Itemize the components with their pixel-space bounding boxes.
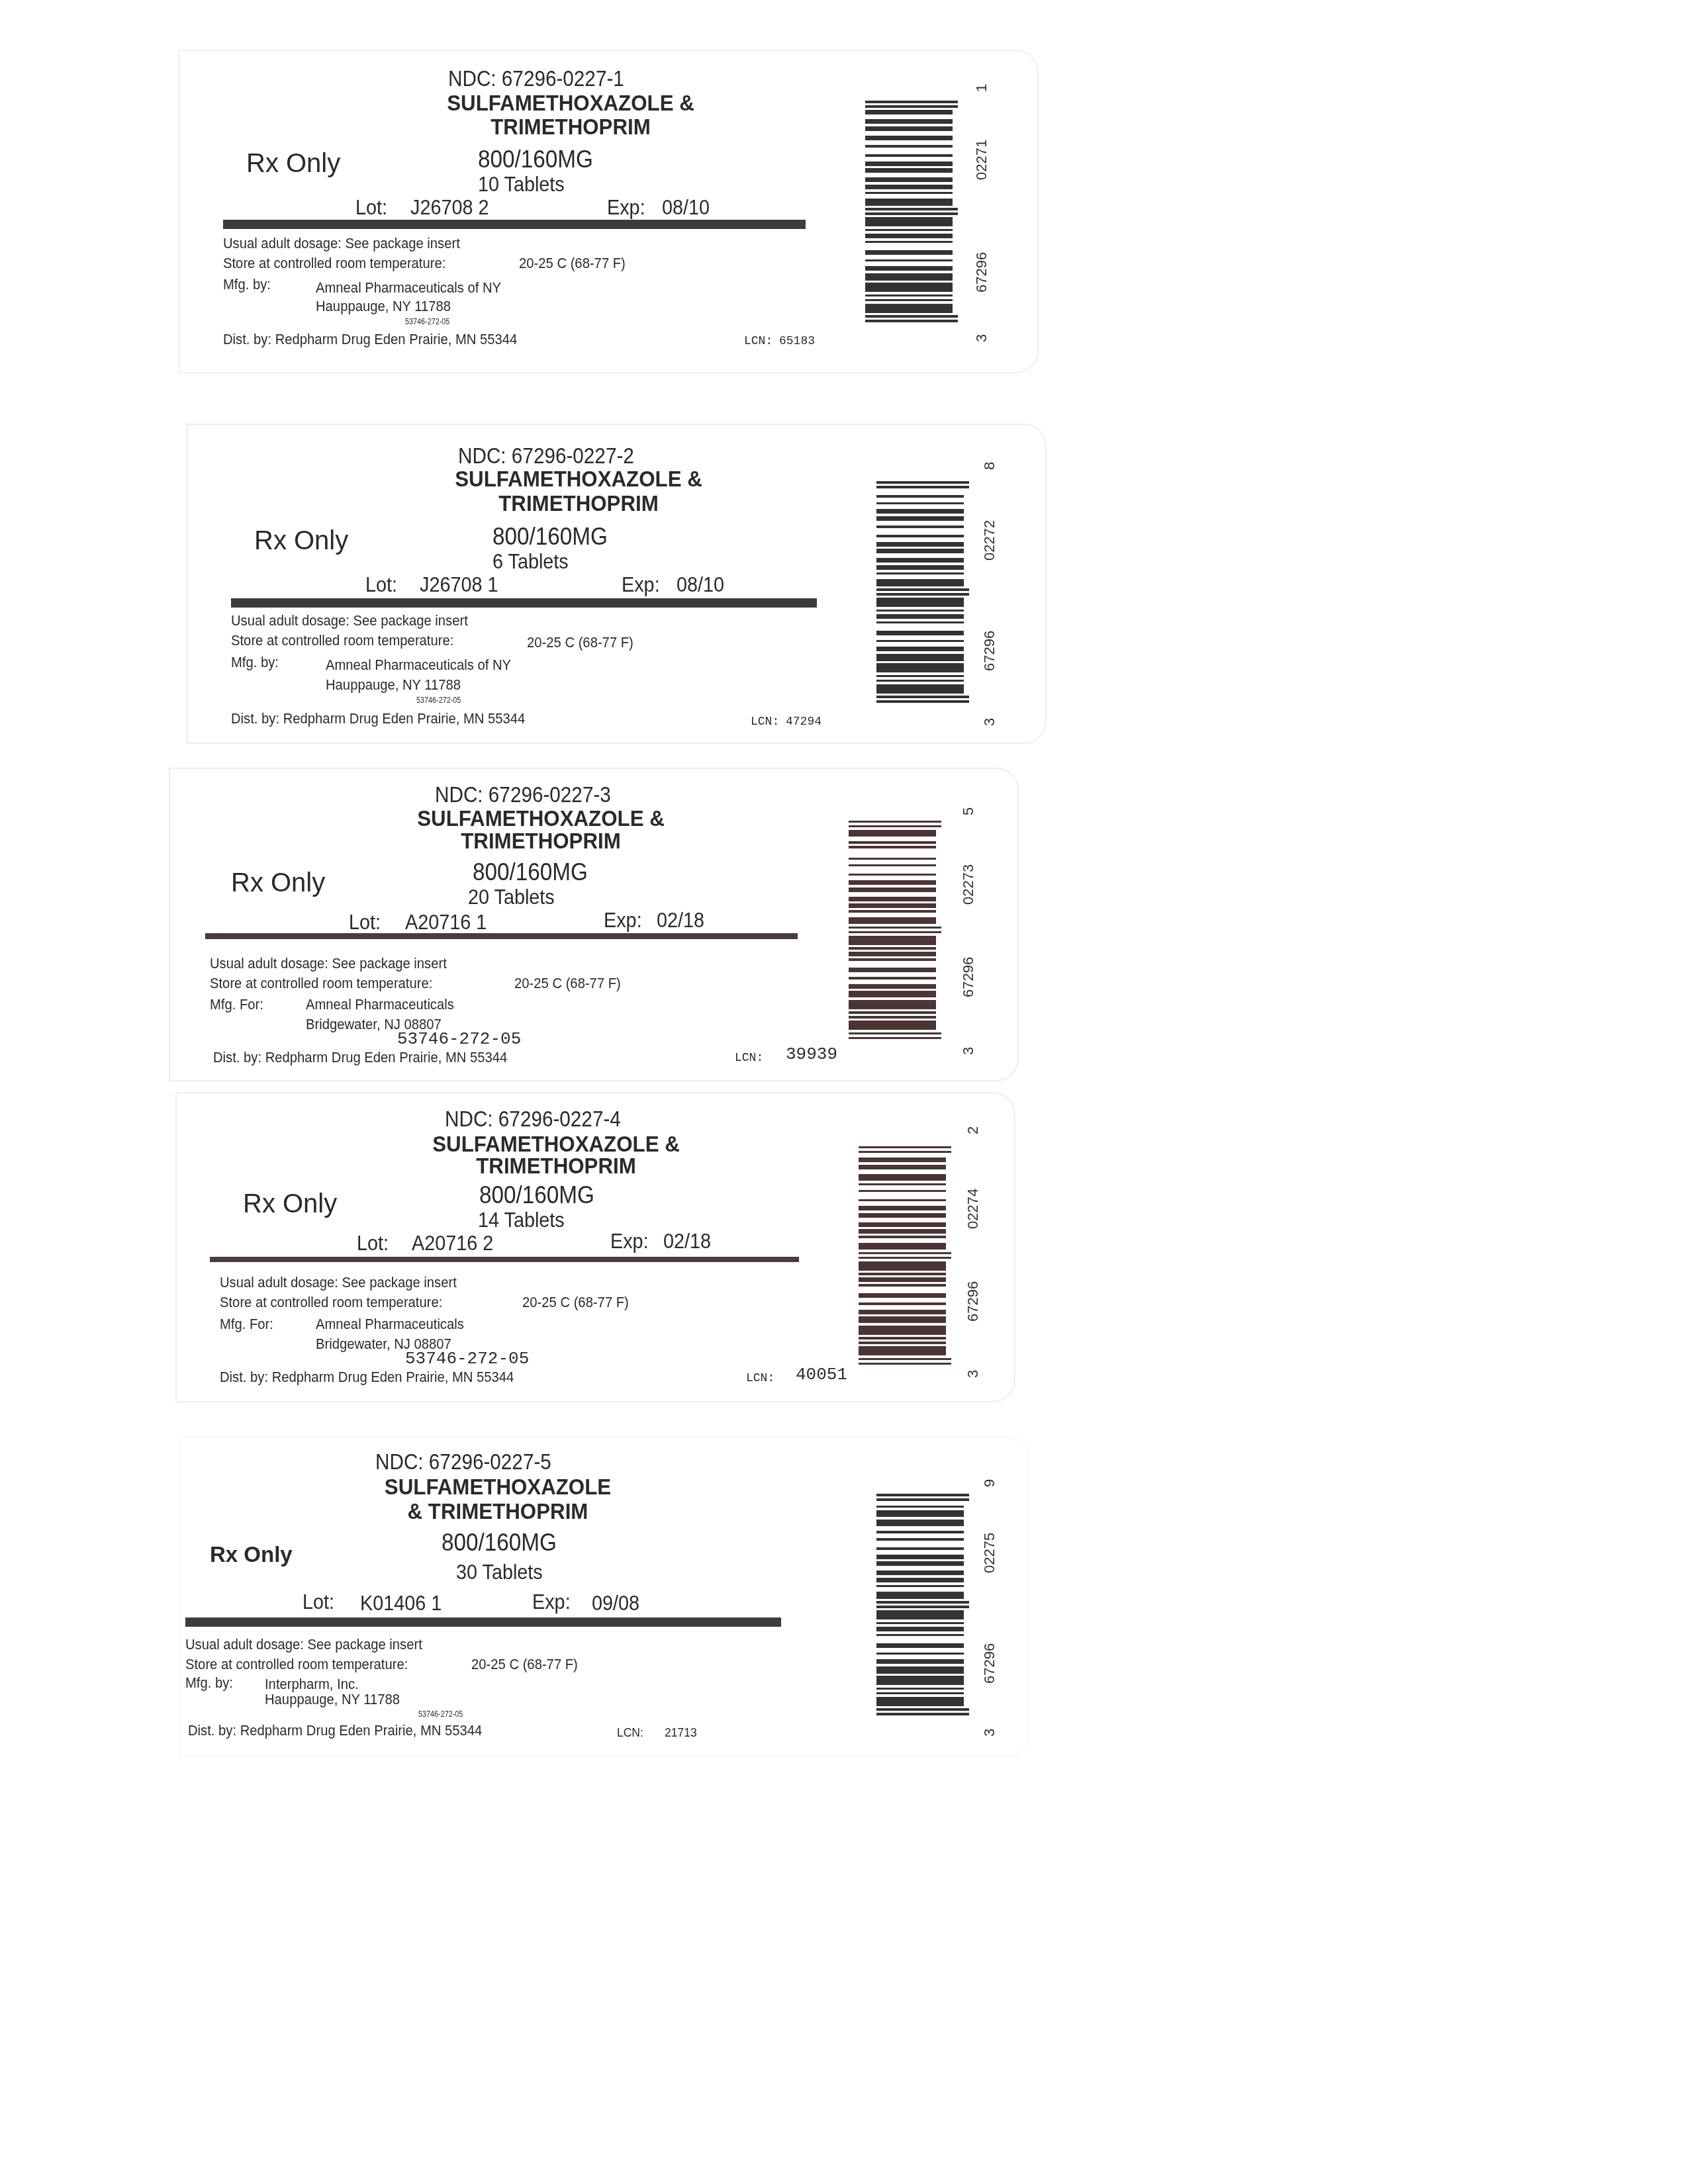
exp-label: Exp: [607,197,645,218]
barcode-stripe [876,1596,964,1599]
barcode-stripe [859,1349,946,1351]
barcode-stripe [849,899,936,901]
mfg-label: Mfg. For: [210,997,263,1012]
upc-digit-first: 3 [960,1047,977,1055]
barcode-stripe [865,308,953,311]
label-3: NDC: 67296-0227-3 SULFAMETHOXAZOLE & TRI… [169,768,1019,1081]
barcode-stripe [849,874,936,876]
barcode-stripe [849,825,941,827]
source-ndc: 53746-272-05 [405,318,449,326]
strength: 800/160MG [473,860,588,884]
barcode-stripe [876,518,964,521]
barcode-stripe [865,212,958,215]
barcode-stripe [865,177,953,180]
barcode-stripe [859,1190,946,1192]
barcode-stripe [865,161,953,164]
barcode-stripe [876,1606,969,1608]
barcode-stripe [859,1222,946,1224]
upc-barcode [876,481,969,703]
barcode-stripe [876,512,964,514]
barcode-stripe [876,1659,964,1662]
divider-bar [185,1617,781,1627]
barcode-stripe [876,621,964,624]
barcode-stripe [849,906,936,908]
barcode-stripe [865,290,953,293]
drug-name-line2: TRIMETHOPRIM [383,830,699,852]
barcode-stripe [865,266,953,269]
barcode-stripe [849,938,936,940]
upc-digit-check: 9 [981,1479,998,1487]
tablet-count: 6 Tablets [492,551,569,572]
barcode-stripe [876,1557,964,1559]
barcode-stripe [865,101,958,103]
strength: 800/160MG [492,524,608,549]
storage-label: Store at controlled room temperature: [210,976,432,991]
barcode-stripe [865,229,953,232]
barcode-stripe [865,275,953,278]
exp-date: 08/10 [677,574,724,595]
barcode-stripe [876,1692,964,1695]
lcn-number: 21713 [665,1727,697,1739]
barcode-stripe [849,1023,936,1025]
barcode-stripe [876,1573,964,1576]
barcode-stripe [876,1713,969,1715]
mfg-label: Mfg. by: [231,655,279,670]
barcode-stripe [865,126,953,129]
lot-label: Lot: [349,911,381,933]
lot-number: A20716 1 [405,911,487,933]
barcode-stripe [865,234,953,236]
barcode-stripe [876,680,964,682]
barcode-stripe [876,542,964,545]
barcode-stripe [865,187,953,189]
barcode-stripe [849,1028,936,1030]
storage-value: 20-25 C (68-77 F) [527,635,633,650]
barcode-stripe [865,138,953,140]
barcode-stripe [865,278,953,281]
barcode-stripe [865,295,953,297]
barcode-stripe [876,1683,964,1686]
barcode-stripe [876,588,969,591]
barcode-stripe [849,887,936,889]
barcode-stripe [859,1261,946,1263]
barcode-stripe [849,954,936,956]
barcode-stripe [876,1668,964,1671]
mfg-label: Mfg. by: [223,277,271,292]
barcode-stripe [859,1321,946,1323]
barcode-stripe [876,1520,964,1522]
barcode-stripe [876,1564,964,1567]
barcode-stripe [849,832,936,834]
barcode-stripe [859,1167,946,1169]
distributor: Dist. by: Redpharm Drug Eden Prairie, MN… [188,1723,482,1738]
barcode-stripe [849,846,936,848]
barcode-stripe [849,830,936,832]
lcn-number: 39939 [786,1046,837,1063]
barcode-stripe [865,208,958,210]
lot-label: Lot: [365,574,397,595]
barcode-stripe [876,1578,964,1580]
barcode-stripe [876,1592,964,1594]
barcode-stripe [849,991,936,993]
barcode-stripe [849,968,936,970]
drug-name-line2: TRIMETHOPRIM [412,116,729,138]
barcode-stripe [876,614,964,617]
exp-label: Exp: [604,909,642,931]
tablet-count: 10 Tablets [478,173,565,195]
barcode-stripe [876,1570,964,1573]
upc-digit-check: 8 [981,462,998,470]
drug-name-line1: SULFAMETHOXAZOLE & [420,468,737,490]
barcode-stripe [876,1498,969,1501]
barcode-stripe [865,203,953,206]
barcode-stripe [876,582,964,584]
barcode-stripe [876,1622,964,1625]
barcode-stripe [859,1257,951,1259]
barcode-stripe [849,903,936,905]
barcode-stripe [849,942,936,944]
lcn-label: LCN: [746,1373,774,1385]
rx-only: Rx Only [210,1543,293,1565]
upc-digits-right: 02274 [964,1189,982,1229]
barcode-stripe [859,1342,946,1343]
barcode-stripe [859,1293,946,1295]
rx-only: Rx Only [254,527,348,554]
barcode-stripe [859,1206,946,1208]
barcode-stripe [876,1662,964,1664]
barcode-stripe [849,1016,936,1018]
barcode-stripe [859,1213,946,1215]
barcode-stripe [865,192,953,195]
barcode-stripe [876,1555,964,1557]
barcode-stripe [849,858,936,860]
barcode-stripe [859,1328,946,1330]
barcode-stripe [865,119,953,122]
upc-digit-first: 3 [981,1729,998,1737]
barcode-stripe [876,1627,964,1629]
storage-value: 20-25 C (68-77 F) [522,1295,629,1310]
rx-only: Rx Only [246,150,340,177]
barcode-stripe [876,1561,964,1564]
barcode-stripe [859,1277,946,1279]
barcode-stripe [876,558,964,561]
lot-label: Lot: [355,197,387,218]
barcode-stripe [876,670,964,673]
strength: 800/160MG [479,1183,594,1207]
drug-name-line2: TRIMETHOPRIM [420,492,737,515]
tablet-count: 30 Tablets [456,1561,543,1582]
barcode-stripe [859,1268,946,1270]
barcode-stripe [849,1002,936,1004]
mfg-name: Amneal Pharmaceuticals [316,1317,464,1332]
barcode-stripe [865,273,953,276]
divider-bar [231,598,817,608]
barcode-stripe [859,1248,946,1250]
mfg-address: Hauppauge, NY 11788 [316,299,451,314]
barcode-stripe [876,617,964,619]
mfg-address: Hauppauge, NY 11788 [265,1692,400,1707]
barcode-stripe [876,691,964,694]
tablet-count: 20 Tablets [468,886,555,907]
strength: 800/160MG [478,147,593,171]
mfg-address: Hauppauge, NY 11788 [326,678,461,692]
barcode-stripe [876,1613,964,1615]
ndc-code: NDC: 67296-0227-2 [458,445,634,467]
barcode-stripe [859,1151,951,1153]
upc-digit-first: 3 [981,718,998,726]
barcode-stripe [865,236,953,239]
ndc-code: NDC: 67296-0227-4 [445,1108,621,1130]
upc-digits-left: 67296 [964,1281,982,1322]
barcode-stripe [849,883,936,885]
barcode-stripe [876,544,964,547]
barcode-stripe [865,269,953,271]
barcode-stripe [859,1165,946,1167]
barcode-stripe [849,1011,936,1013]
barcode-stripe [865,168,953,171]
source-ndc: 53746-272-05 [405,1350,529,1367]
upc-digit-check: 1 [973,84,990,92]
drug-name-line2: TRIMETHOPRIM [398,1155,714,1177]
drug-name-line1: SULFAMETHOXAZOLE & [383,807,699,830]
divider-bar [223,220,806,229]
barcode-stripe [865,252,953,255]
barcode-stripe [876,1653,964,1655]
barcode-stripe [876,495,964,498]
barcode-stripe [876,1680,964,1683]
barcode-stripe [849,940,936,942]
barcode-stripe [865,299,953,302]
barcode-stripe [876,1708,969,1711]
barcode-stripe [849,931,941,933]
barcode-stripe [859,1330,946,1332]
barcode-stripe [876,666,964,668]
barcode-stripe [876,481,969,484]
label-5: NDC: 67296-0227-5 SULFAMETHOXAZOLE & TRI… [179,1436,1029,1756]
barcode-stripe [859,1273,946,1275]
rx-only: Rx Only [231,870,325,896]
dosage-text: Usual adult dosage: See package insert [210,956,447,971]
barcode-stripe [876,633,964,635]
barcode-stripe [876,689,964,692]
divider-bar [205,933,798,939]
exp-label: Exp: [610,1230,649,1251]
dosage-text: Usual adult dosage: See package insert [223,236,460,251]
dosage-text: Usual adult dosage: See package insert [220,1275,457,1290]
barcode-stripe [876,1506,964,1508]
distributor: Dist. by: Redpharm Drug Eden Prairie, MN… [223,332,517,347]
barcode-stripe [876,1512,964,1515]
barcode-stripe [865,285,953,288]
barcode-stripe [859,1346,946,1348]
lcn-number: 65183 [779,336,815,347]
drug-name-line1: SULFAMETHOXAZOLE & [412,92,729,114]
upc-digit-check: 2 [964,1126,982,1134]
drug-name-line1: SULFAMETHOXAZOLE & [398,1133,714,1156]
barcode-stripe [849,919,936,921]
barcode-stripe [876,610,964,612]
barcode-stripe [876,1688,964,1690]
barcode-stripe [876,593,969,596]
divider-bar [210,1257,799,1262]
barcode-stripe [865,287,953,290]
upc-barcode [865,101,958,322]
barcode-stripe [876,1704,964,1706]
barcode-stripe [859,1252,951,1254]
barcode-stripe [849,995,936,997]
barcode-stripe [876,649,964,652]
barcode-stripe [876,1678,964,1681]
barcode-stripe [865,320,958,322]
barcode-stripe [876,1494,969,1496]
lcn-label: LCN: [617,1727,643,1739]
barcode-stripe [859,1174,946,1176]
upc-digits-left: 67296 [973,252,990,293]
exp-label: Exp: [532,1591,571,1612]
lcn-label: LCN: [744,336,773,347]
barcode-stripe [865,315,958,318]
barcode-stripe [876,1547,964,1550]
upc-digits-right: 02275 [981,1533,998,1573]
mfg-label: Mfg. by: [185,1676,233,1690]
barcode-stripe [849,841,936,843]
barcode-stripe [849,977,936,979]
barcode-stripe [876,1580,964,1582]
lcn-number: 47294 [786,716,821,728]
barcode-stripe [859,1179,946,1181]
barcode-stripe [876,640,964,643]
barcode-stripe [876,509,964,512]
storage-label: Store at controlled room temperature: [220,1295,442,1310]
barcode-stripe [859,1229,946,1231]
barcode-stripe [859,1176,946,1178]
barcode-stripe [849,889,936,891]
lcn-label: LCN: [751,716,779,728]
barcode-stripe [876,631,964,633]
barcode-stripe [876,647,964,649]
mfg-name: Interpharm, Inc. [265,1677,359,1692]
barcode-stripe [876,572,964,575]
ndc-code: NDC: 67296-0227-3 [435,784,611,805]
barcode-stripe [876,486,969,488]
barcode-stripe [859,1284,946,1286]
barcode-stripe [859,1266,946,1268]
mfg-label: Mfg. For: [220,1317,273,1332]
barcode-stripe [865,220,953,222]
barcode-stripe [876,1615,964,1617]
upc-digits-left: 67296 [960,957,977,997]
upc-barcode [859,1146,951,1365]
barcode-stripe [859,1279,946,1281]
barcode-stripe [865,224,953,227]
distributor: Dist. by: Redpharm Drug Eden Prairie, MN… [220,1370,514,1385]
upc-digits-left: 67296 [981,631,998,671]
distributor: Dist. by: Redpharm Drug Eden Prairie, MN… [213,1050,507,1065]
barcode-stripe [865,310,953,313]
barcode-stripe [876,1671,964,1674]
barcode-stripe [876,1645,964,1648]
dosage-text: Usual adult dosage: See package insert [231,614,468,628]
barcode-stripe [859,1215,946,1217]
barcode-stripe [849,1021,936,1023]
barcode-stripe [876,579,964,582]
barcode-stripe [859,1363,951,1365]
lot-number: A20716 2 [412,1232,493,1253]
barcode-stripe [876,1601,969,1604]
barcode-stripe [865,199,953,201]
barcode-stripe [865,128,953,131]
exp-date: 09/08 [592,1592,639,1614]
barcode-stripe [859,1199,946,1201]
barcode-stripe [876,567,964,570]
barcode-stripe [859,1245,946,1247]
label-1: NDC: 67296-0227-1 SULFAMETHOXAZOLE & TRI… [179,50,1039,373]
barcode-stripe [865,113,953,115]
barcode-stripe [859,1263,946,1265]
barcode-stripe [876,700,969,703]
barcode-stripe [849,821,941,823]
barcode-stripe [849,1025,936,1027]
lcn-number: 40051 [796,1366,847,1383]
storage-label: Store at controlled room temperature: [231,633,453,648]
barcode-stripe [859,1158,946,1160]
barcode-stripe [849,1037,941,1039]
storage-label: Store at controlled room temperature: [185,1657,408,1672]
barcode-stripe [859,1146,951,1148]
barcode-stripe [876,1610,964,1613]
barcode-stripe [876,549,964,551]
barcode-stripe [859,1351,946,1353]
barcode-stripe [876,1510,964,1513]
mfg-name: Amneal Pharmaceuticals of NY [316,281,501,295]
barcode-stripe [849,958,936,960]
barcode-stripe [876,561,964,563]
barcode-stripe [865,306,953,308]
barcode-stripe [849,1032,941,1034]
barcode-stripe [849,880,936,882]
exp-date: 08/10 [662,197,710,218]
barcode-stripe [859,1183,946,1185]
barcode-stripe [859,1236,946,1238]
barcode-stripe [876,605,964,608]
barcode-stripe [859,1224,946,1226]
barcode-stripe [865,154,953,157]
barcode-stripe [849,1005,936,1007]
upc-digit-first: 3 [973,334,990,342]
barcode-stripe [849,897,936,899]
barcode-stripe [849,993,936,995]
barcode-stripe [859,1160,946,1162]
source-ndc: 53746-272-05 [418,1710,463,1718]
storage-value: 20-25 C (68-77 F) [471,1657,578,1672]
barcode-stripe [876,1697,964,1700]
barcode-stripe [876,535,964,537]
exp-label: Exp: [622,574,660,595]
label-2: NDC: 67296-0227-2 SULFAMETHOXAZOLE & TRI… [187,424,1047,744]
barcode-stripe [859,1337,946,1339]
barcode-stripe [865,110,953,113]
lot-number: K01406 1 [360,1592,442,1614]
ndc-code: NDC: 67296-0227-1 [448,68,624,89]
barcode-stripe [859,1208,946,1210]
lcn-label: LCN: [735,1052,763,1064]
barcode-stripe [876,684,964,687]
barcode-stripe [876,1531,964,1533]
barcode-stripe [876,659,964,661]
drug-name-line1: SULFAMETHOXAZOLE [352,1476,644,1498]
barcode-stripe [849,970,936,972]
label-4: NDC: 67296-0227-4 SULFAMETHOXAZOLE & TRI… [175,1092,1015,1402]
